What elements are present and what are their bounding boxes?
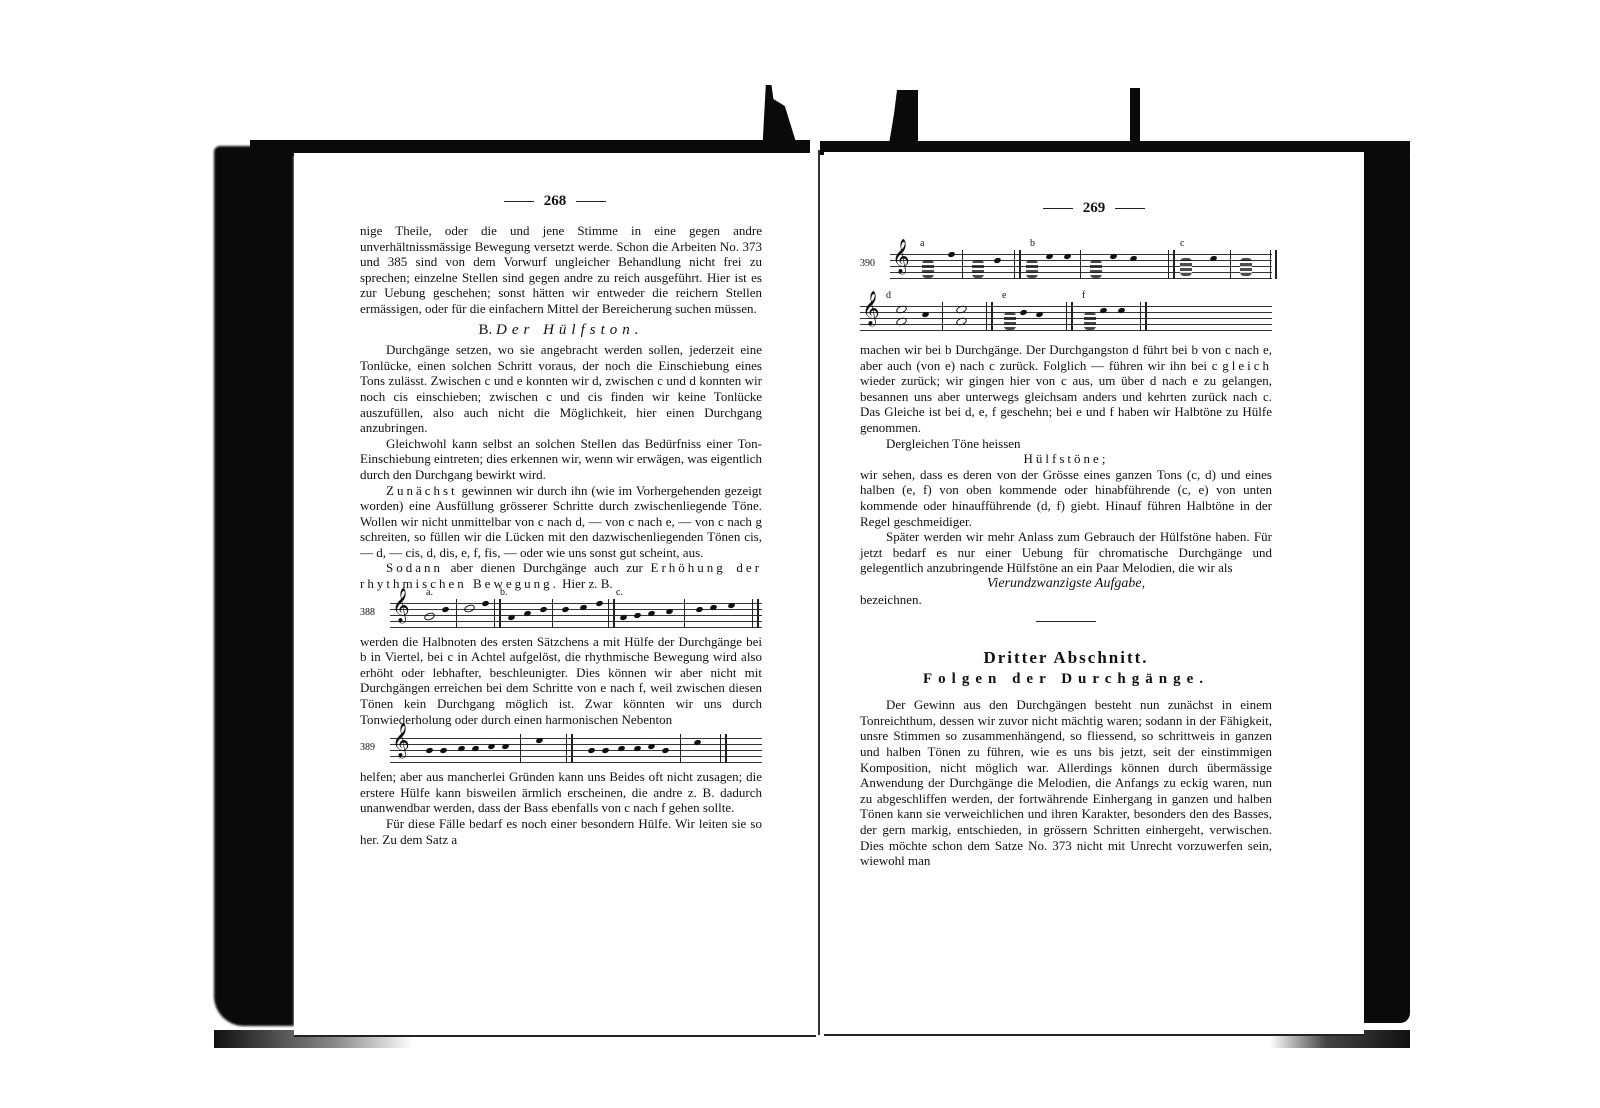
paragraph-text: machen wir bei b Durchgänge. Der Durchga…	[860, 342, 1272, 373]
music-staff: 𝄞	[390, 734, 762, 762]
example-label: e	[1002, 288, 1006, 304]
music-example-389: 389 𝄞	[360, 727, 762, 769]
scan-border-left	[214, 146, 294, 1026]
music-staff: 𝄞 d e f	[860, 302, 1272, 330]
music-example-388: 388 𝄞 a. b. c.	[360, 592, 762, 634]
paragraph: nige Theile, oder die und jene Stimme in…	[360, 223, 762, 317]
page-number-text: 268	[544, 193, 567, 209]
paragraph: Später werden wir mehr Anlass zum Gebrau…	[860, 529, 1272, 576]
paragraph: helfen; aber aus mancherlei Gründen kann…	[360, 769, 762, 816]
paragraph: Dergleichen Töne heissen	[860, 436, 1272, 452]
left-page-body: nige Theile, oder die und jene Stimme in…	[360, 223, 762, 847]
term-heading: Hülfstöne;	[860, 451, 1272, 467]
music-example-390-continued: 𝄞 d e f	[860, 290, 1272, 342]
example-label: c.	[616, 585, 623, 601]
page-number-text: 269	[1083, 200, 1106, 216]
paragraph-text: aber dienen Durchgänge auch zur	[451, 560, 643, 575]
example-number: 390	[860, 256, 890, 272]
page-tab-marker	[762, 85, 800, 155]
treble-clef-icon: 𝄞	[392, 726, 410, 756]
paragraph: bezeichnen.	[860, 592, 1272, 608]
paragraph-text: Hier z. B.	[562, 576, 613, 591]
treble-clef-icon: 𝄞	[892, 242, 910, 272]
music-staff: 𝄞 a. b. c.	[390, 599, 762, 627]
music-example-390: 390 𝄞 a b c	[860, 238, 1272, 290]
example-label: b.	[500, 585, 508, 601]
paragraph: wir sehen, dass es deren von der Grösse …	[860, 467, 1272, 529]
example-label: a	[920, 236, 924, 252]
section-heading: B. Der Hülfston.	[360, 323, 762, 339]
page-tab-marker	[1130, 88, 1140, 150]
chapter-subtitle: Folgen der Durchgänge.	[860, 672, 1272, 688]
spaced-emphasis: Zunächst	[386, 483, 458, 498]
right-page: 269 390 𝄞 a b c	[824, 152, 1364, 1036]
paragraph-text: wieder zurück; wir gingen hier von c aus…	[860, 373, 1272, 435]
paragraph: Durchgänge setzen, wo sie angebracht wer…	[360, 342, 762, 436]
section-divider	[1036, 621, 1096, 622]
example-number: 389	[360, 740, 390, 756]
example-label: b	[1030, 236, 1035, 252]
spaced-emphasis: gleich	[1222, 358, 1272, 373]
example-number: 388	[360, 605, 390, 621]
example-label: f	[1082, 288, 1085, 304]
section-prefix: B.	[478, 322, 492, 338]
paragraph: Zunächst gewinnen wir durch ihn (wie im …	[360, 483, 762, 561]
example-label: c	[1180, 236, 1184, 252]
example-label: a.	[426, 585, 433, 601]
page-number: 268	[294, 193, 816, 210]
paragraph: werden die Halbnoten des ersten Sätzchen…	[360, 634, 762, 728]
page-tab-marker	[888, 90, 918, 150]
treble-clef-icon: 𝄞	[862, 294, 880, 324]
paragraph: Für diese Fälle bedarf es noch einer bes…	[360, 816, 762, 847]
book-spine	[818, 150, 820, 1035]
example-label: d	[886, 288, 891, 304]
spaced-emphasis: Sodann	[386, 560, 443, 575]
chapter-title: Dritter Abschnitt.	[860, 650, 1272, 666]
treble-clef-icon: 𝄞	[392, 591, 410, 621]
scan-border-right	[1360, 143, 1410, 1023]
paragraph: Sodann aber dienen Durchgänge auch zur E…	[360, 560, 762, 591]
assignment-title: Vierundzwanzigste Aufgabe,	[860, 576, 1272, 592]
right-page-body: 390 𝄞 a b c	[860, 238, 1272, 869]
paragraph: Gleichwohl kann selbst an solchen Stelle…	[360, 436, 762, 483]
section-title: Der Hülfston.	[496, 322, 644, 338]
paragraph: Der Gewinn aus den Durchgängen besteht n…	[860, 697, 1272, 869]
paragraph: machen wir bei b Durchgänge. Der Durchga…	[860, 342, 1272, 436]
left-page: 268 nige Theile, oder die und jene Stimm…	[294, 153, 816, 1037]
page-number: 269	[824, 200, 1364, 217]
music-staff: 𝄞 a b c	[890, 250, 1272, 278]
